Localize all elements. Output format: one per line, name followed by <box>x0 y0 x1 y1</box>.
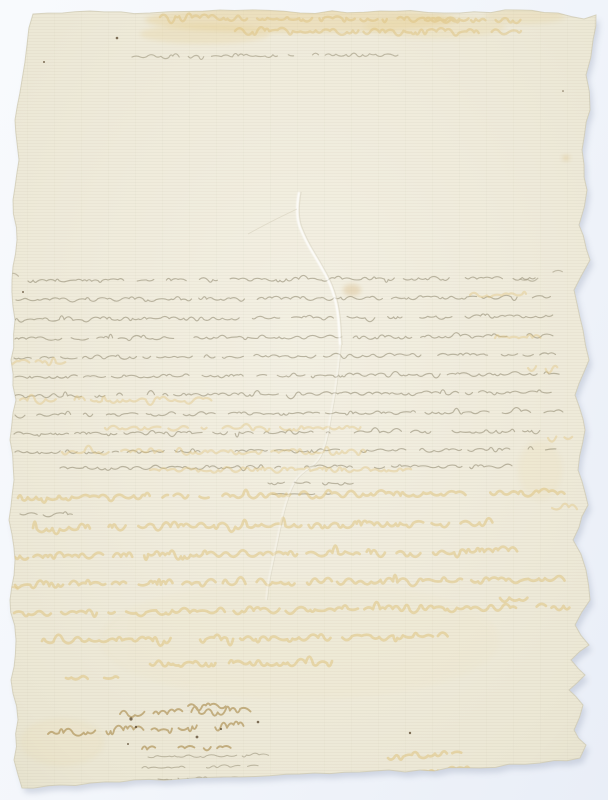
ink-speck <box>594 5 596 7</box>
ink-speck <box>196 736 199 739</box>
ink-speck <box>129 717 132 720</box>
ink-speck <box>3 611 5 613</box>
ink-speck <box>43 61 45 63</box>
stain-blot <box>563 156 569 161</box>
ink-speck <box>116 37 119 40</box>
ink-speck <box>127 743 129 745</box>
stain-blot <box>343 284 361 296</box>
ink-speck <box>220 728 222 730</box>
ink-speck <box>22 291 24 293</box>
stain-blot <box>20 718 104 766</box>
ink-speck <box>562 90 564 92</box>
scanned-letter-figure: Aged cream laid-paper leaf scanned on a … <box>0 0 608 800</box>
ink-speck <box>409 732 411 734</box>
ink-speck <box>257 721 260 724</box>
ink-speck <box>135 726 137 728</box>
letter-scan <box>0 0 608 800</box>
